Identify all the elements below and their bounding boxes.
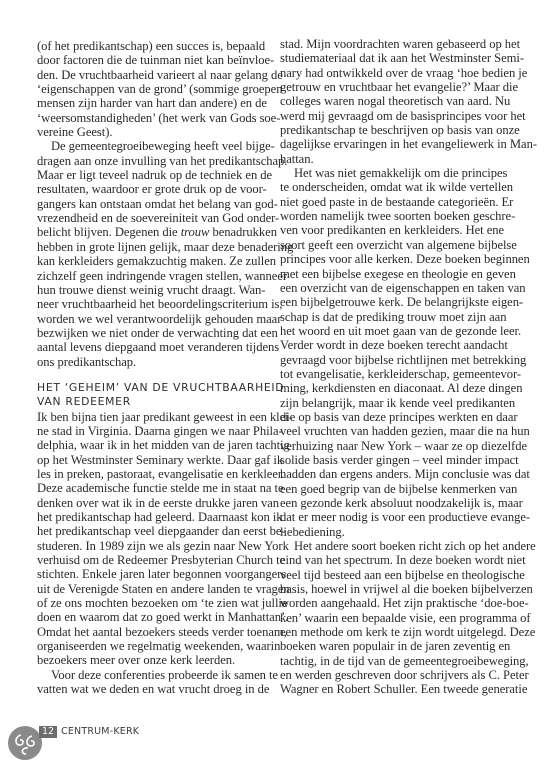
left-column: (of het predikantschap) een succes is, b… bbox=[37, 39, 269, 696]
text-line: een gezonde kerk absoluut noodzakelijk i… bbox=[280, 496, 506, 510]
paragraph: Ik ben bijna tien jaar predikant geweest… bbox=[37, 410, 269, 668]
text-line: gevraagd voor bijbelse richtlijnen met b… bbox=[280, 353, 506, 367]
text-line: op het Westminster Seminary werkte. Daar… bbox=[37, 453, 269, 467]
paragraph: Voor deze conferenties probeerde ik same… bbox=[37, 668, 269, 697]
text-line: Ik ben bijna tien jaar predikant geweest… bbox=[37, 410, 269, 424]
text-line: Het was niet gemakkelijk om die principe… bbox=[280, 166, 506, 180]
text-line: Voor deze conferenties probeerde ik same… bbox=[37, 668, 269, 682]
text-line: bezwijken we niet onder de verwachting d… bbox=[37, 326, 269, 340]
text-line: stad. Mijn voordrachten waren gebaseerd … bbox=[280, 37, 506, 51]
text-line: doen en waarom dat zo goed werkt in Manh… bbox=[37, 610, 269, 624]
text-line: vrezendheid en de soevereiniteit van God… bbox=[37, 211, 269, 225]
page-footer: 12 CENTRUM-KERK bbox=[0, 718, 300, 770]
text-line: zichzelf geen indringende vragen stellen… bbox=[37, 269, 269, 283]
text-line: studeren. In 1989 zijn we als gezin naar… bbox=[37, 539, 269, 553]
text-line: door factoren die de tuinman niet kan be… bbox=[37, 53, 269, 67]
text-line: denken over wat ik in de eerste drukke j… bbox=[37, 496, 269, 510]
text-line: tachtig, in de tijd van de gemeentegroei… bbox=[280, 654, 506, 668]
text-line: ‘weersomstandigheden’ (het werk van Gods… bbox=[37, 111, 269, 125]
text-line: Omdat het aantal bezoekers steeds verder… bbox=[37, 625, 269, 639]
paragraph: Het was niet gemakkelijk om die principe… bbox=[280, 166, 506, 539]
text-line: den. De vruchtbaarheid varieert al naar … bbox=[37, 68, 269, 82]
text-line: verhuizing naar New York – waar ze op di… bbox=[280, 439, 506, 453]
text-line: niet goed paste in de bestaande categori… bbox=[280, 195, 506, 209]
text-line: kan kerkleiders gemakzuchtig maken. Ze z… bbox=[37, 254, 269, 268]
text-line: colleges waren nogal theoretisch van aar… bbox=[280, 94, 506, 108]
text-line: Deze academische functie stelde me in st… bbox=[37, 481, 269, 495]
section-heading: HET ‘GEHEIM’ VAN DE VRUCHTBAARHEID VAN R… bbox=[37, 381, 269, 410]
paragraph: Het andere soort boeken richt zich op he… bbox=[280, 539, 506, 697]
text-line: verhuisd om de Redeemer Presbyterian Chu… bbox=[37, 553, 269, 567]
text-line: predikantschap te beschrijven op basis v… bbox=[280, 123, 506, 137]
watermark-logo-icon bbox=[8, 726, 42, 760]
text-line: aantal levens diepgaand moet veranderen … bbox=[37, 340, 269, 354]
paragraph: stad. Mijn voordrachten waren gebaseerd … bbox=[280, 37, 506, 166]
text-line: Maar er ligt teveel nadruk op de technie… bbox=[37, 168, 269, 182]
text-line: of ze ons mochten bezoeken om ‘te zien w… bbox=[37, 596, 269, 610]
text-line: hattan. bbox=[280, 152, 506, 166]
text-line: Het andere soort boeken richt zich op he… bbox=[280, 539, 506, 553]
text-line: tot evangelisatie, kerkleiderschap, geme… bbox=[280, 367, 506, 381]
text-line: liebediening. bbox=[280, 525, 506, 539]
text-line: het woord en uit moet gaan van de gezond… bbox=[280, 324, 506, 338]
text-line: het predikantschap veel diepgaander dan … bbox=[37, 524, 269, 538]
text-line: ons predikantschap. bbox=[37, 355, 269, 369]
text-line: nary had ontwikkeld over de vraag ‘hoe b… bbox=[280, 66, 506, 80]
text-line: stichten. Enkele jaren later begonnen vo… bbox=[37, 567, 269, 581]
text-line: mensen zijn harder van hart dan andere) … bbox=[37, 96, 269, 110]
text-line: en werden geschreven door schrijvers als… bbox=[280, 668, 506, 682]
text-line: neer vruchtbaarheid het beoordelingscrit… bbox=[37, 297, 269, 311]
text-line: basis, hoewel in vrijwel al die boeken b… bbox=[280, 582, 506, 596]
text-line: ming, kerkdiensten en diaconaat. Al deze… bbox=[280, 381, 506, 395]
text-line: zijn belangrijk, maar ik kende veel pred… bbox=[280, 396, 506, 410]
text-line: boeken waren populair in de jaren zevent… bbox=[280, 639, 506, 653]
text-line: het predikantschap had geleerd. Daarnaas… bbox=[37, 510, 269, 524]
text-line: een overzicht van de eigenschappen en ta… bbox=[280, 281, 506, 295]
text-line: met een bijbelse exegese en theologie en… bbox=[280, 267, 506, 281]
text-line: bezoekers meer over onze kerk leerden. bbox=[37, 653, 269, 667]
text-line: werd mij gevraagd om de basisprincipes v… bbox=[280, 109, 506, 123]
text-line: veel vruchten van hadden gezien, maar di… bbox=[280, 424, 506, 438]
text-line: les in preken, pastoraat, evangelisatie … bbox=[37, 467, 269, 481]
text-line: eind van het spectrum. In deze boeken wo… bbox=[280, 553, 506, 567]
text-line: hebben in grote lijnen gelijk, maar deze… bbox=[37, 240, 269, 254]
text-line: te onderscheiden, omdat wat ik wilde ver… bbox=[280, 180, 506, 194]
text-line-with-italic: belicht blijven. Degenen die trouw benad… bbox=[37, 225, 269, 239]
text-line: ken’ waarin een bepaalde visie, een prog… bbox=[280, 611, 506, 625]
italic-emphasis: trouw bbox=[181, 225, 210, 239]
text-line: vatten wat we deden en wat vrucht droeg … bbox=[37, 682, 269, 696]
text-line: een bijbelgetrouwe kerk. De belangrijkst… bbox=[280, 295, 506, 309]
right-column: stad. Mijn voordrachten waren gebaseerd … bbox=[280, 37, 506, 697]
text-line: getrouw en vruchtbaar het evangelie?’ Ma… bbox=[280, 80, 506, 94]
text-line: studiemateriaal dat ik aan het Westminst… bbox=[280, 51, 506, 65]
text-line: worden aangehaald. Het zijn praktische ‘… bbox=[280, 596, 506, 610]
text-line: veel tijd besteed aan een bijbelse en th… bbox=[280, 568, 506, 582]
text-line: worden we wel verantwoordelijk gehouden … bbox=[37, 312, 269, 326]
text-line: ne stad in Virginia. Daarna gingen we na… bbox=[37, 424, 269, 438]
text-fragment: benadrukken bbox=[209, 225, 277, 239]
heading-line: VAN REDEEMER bbox=[37, 395, 269, 409]
text-line: resultaten, waardoor er grote druk op de… bbox=[37, 182, 269, 196]
text-line: ven voor predikanten en kerkleiders. Het… bbox=[280, 223, 506, 237]
text-line: delphia, waar ik in het midden van de ja… bbox=[37, 438, 269, 452]
text-line: hun trouwe dienst weinig vrucht draagt. … bbox=[37, 283, 269, 297]
paragraph: (of het predikantschap) een succes is, b… bbox=[37, 39, 269, 139]
running-title: CENTRUM-KERK bbox=[61, 726, 139, 738]
text-line: vereine Geest). bbox=[37, 125, 269, 139]
text-line: hadden dan ergens anders. Mijn conclusie… bbox=[280, 467, 506, 481]
text-line: soort geeft een overzicht van algemene b… bbox=[280, 238, 506, 252]
text-line: dagelijkse ervaringen in het evangeliewe… bbox=[280, 137, 506, 151]
text-line: uit de Verenigde Staten en andere landen… bbox=[37, 582, 269, 596]
text-line: De gemeentegroeibeweging heeft veel bijg… bbox=[37, 139, 269, 153]
text-fragment: belicht blijven. Degenen die bbox=[37, 225, 181, 239]
text-line: solide basis verder gingen – veel minder… bbox=[280, 453, 506, 467]
text-line: een goed begrip van de bijbelse kenmerke… bbox=[280, 482, 506, 496]
page-number: 12 bbox=[39, 726, 57, 738]
text-line: dat er meer nodig is voor een productiev… bbox=[280, 510, 506, 524]
text-line: dragen aan onze invulling van het predik… bbox=[37, 154, 269, 168]
heading-line: HET ‘GEHEIM’ VAN DE VRUCHTBAARHEID bbox=[37, 381, 269, 395]
text-line: Wagner en Robert Schuller. Een tweede ge… bbox=[280, 682, 506, 696]
text-line: gangers kan ontstaan omdat het belang va… bbox=[37, 197, 269, 211]
text-line: worden namelijk twee soorten boeken gesc… bbox=[280, 209, 506, 223]
text-line: principes voor alle kerken. Deze boeken … bbox=[280, 252, 506, 266]
spacer bbox=[37, 369, 269, 381]
text-line: die op basis van deze principes werkten … bbox=[280, 410, 506, 424]
text-line: organiseerden we regelmatig weekenden, w… bbox=[37, 639, 269, 653]
book-page: (of het predikantschap) een succes is, b… bbox=[0, 0, 550, 770]
text-line: (of het predikantschap) een succes is, b… bbox=[37, 39, 269, 53]
logo-glyph bbox=[8, 726, 42, 760]
text-line: een methode om kerk te zijn wordt uitgel… bbox=[280, 625, 506, 639]
text-line: schap is dat de prediking trouw moet zij… bbox=[280, 310, 506, 324]
text-line: ‘eigenschappen van de grond’ (sommige gr… bbox=[37, 82, 269, 96]
paragraph: De gemeentegroeibeweging heeft veel bijg… bbox=[37, 139, 269, 369]
text-line: Verder wordt in deze boeken terecht aand… bbox=[280, 338, 506, 352]
